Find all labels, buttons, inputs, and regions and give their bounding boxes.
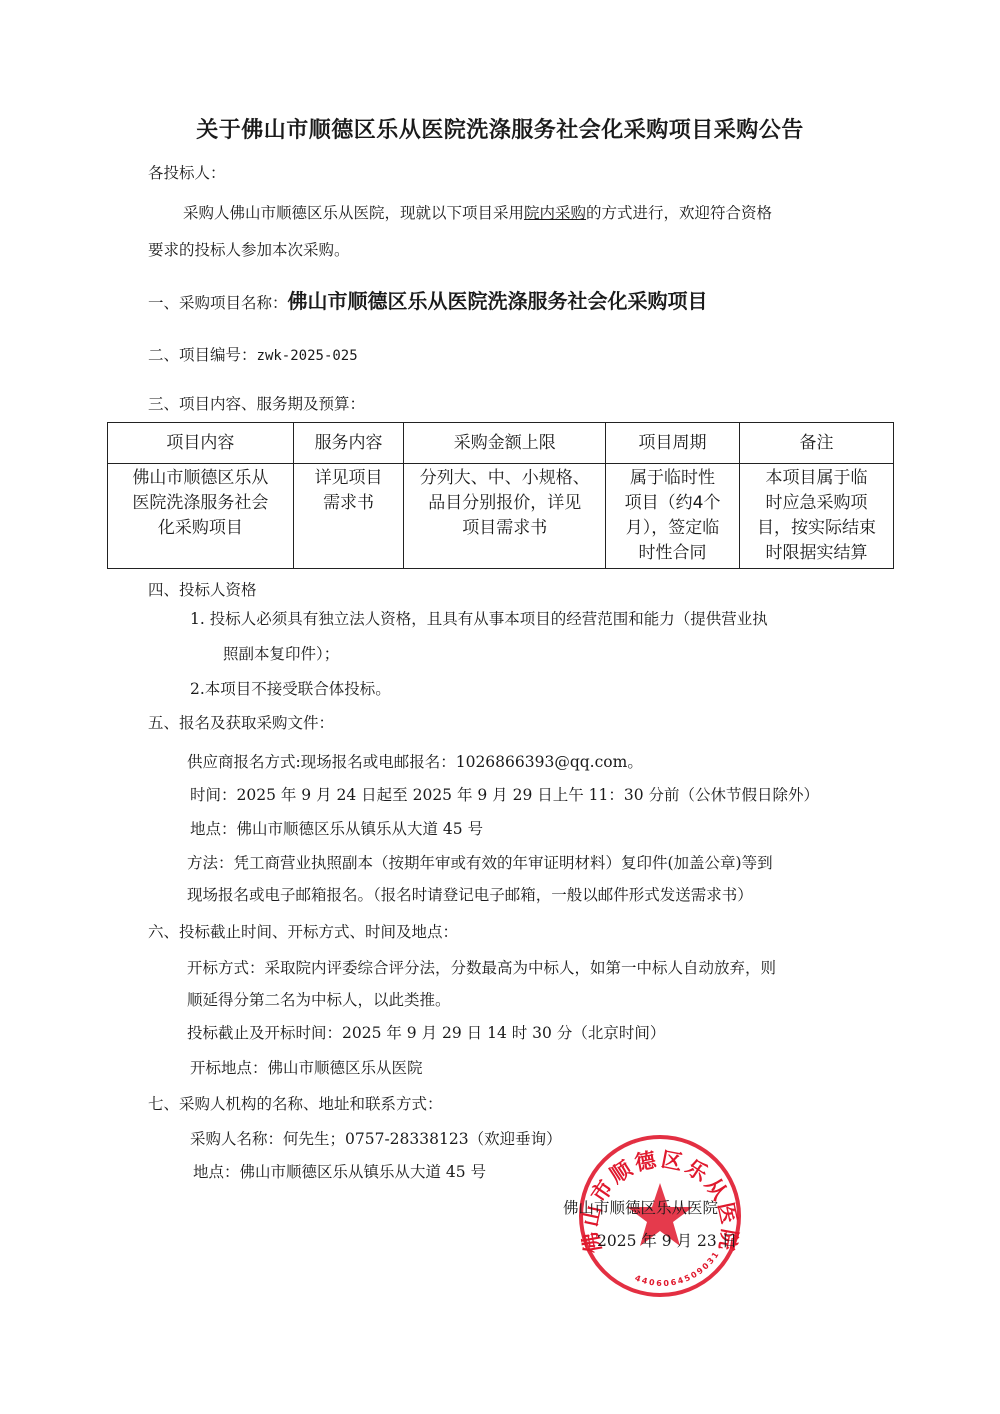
qualification-2: 2.本项目不接受联合体投标。 xyxy=(190,679,391,699)
cell-budget: 分列大、中、小规格、 品目分别报价，详见 项目需求书 xyxy=(404,464,606,569)
section-5-label: 五、报名及获取采购文件： xyxy=(148,713,334,733)
table-header: 备注 xyxy=(739,423,893,464)
section-4-label: 四、投标人资格 xyxy=(148,580,257,600)
cell-service: 详见项目 需求书 xyxy=(293,464,404,569)
cell-line: 时限据实结算 xyxy=(743,541,890,566)
cell-line: 医院洗涤服务社会 xyxy=(111,491,290,516)
bid-deadline: 投标截止及开标时间：2025 年 9 月 29 日 14 时 30 分（北京时间… xyxy=(187,1023,665,1043)
bid-method-line-2: 顺延得分第二名为中标人，以此类推。 xyxy=(187,990,451,1010)
bid-method-line-1: 开标方式：采取院内评委综合评分法，分数最高为中标人，如第一中标人自动放弃，则 xyxy=(187,958,776,978)
qualification-1-line-2: 照副本复印件）； xyxy=(223,644,339,664)
cell-remark: 本项目属于临 时应急采购项 目，按实际结束 时限据实结算 xyxy=(739,464,893,569)
section-2-label: 二、项目编号： xyxy=(148,346,257,364)
cell-line: 属于临时性 xyxy=(609,466,736,491)
cell-line: 化采购项目 xyxy=(111,516,290,541)
table-header: 服务内容 xyxy=(293,423,404,464)
cell-line: 本项目属于临 xyxy=(743,466,890,491)
registration-method: 供应商报名方式:现场报名或电邮报名：1026866393@qq.com。 xyxy=(187,752,643,772)
registration-method-line-1: 方法：凭工商营业执照副本（按期年审或有效的年审证明材料）复印件(加盖公章)等到 xyxy=(187,853,773,873)
table-header: 项目内容 xyxy=(108,423,294,464)
table-header: 采购金额上限 xyxy=(404,423,606,464)
purchaser-contact: 采购人名称：何先生；0757-28338123（欢迎垂询） xyxy=(190,1129,562,1149)
bid-location: 开标地点：佛山市顺德区乐从医院 xyxy=(190,1058,423,1078)
project-number: zwk-2025-025 xyxy=(257,348,358,364)
salutation: 各投标人： xyxy=(148,163,226,183)
section-1: 一、采购项目名称：佛山市顺德区乐从医院洗涤服务社会化采购项目 xyxy=(148,285,708,314)
cell-line: 佛山市顺德区乐从 xyxy=(111,466,290,491)
section-3-label: 三、项目内容、服务期及预算： xyxy=(148,394,365,414)
registration-time: 时间：2025 年 9 月 24 日起至 2025 年 9 月 29 日上午 1… xyxy=(190,785,819,805)
cell-line: 月），签定临 xyxy=(609,516,736,541)
cell-period: 属于临时性 项目（约4个 月），签定临 时性合同 xyxy=(606,464,740,569)
table-header-row: 项目内容 服务内容 采购金额上限 项目周期 备注 xyxy=(108,423,894,464)
intro-line-1: 采购人佛山市顺德区乐从医院，现就以下项目采用院内采购的方式进行，欢迎符合资格 xyxy=(183,203,772,223)
signature-org: 佛山市顺德区乐从医院 xyxy=(563,1196,718,1218)
cell-line: 时性合同 xyxy=(609,541,736,566)
intro-suffix: 的方式进行，欢迎符合资格 xyxy=(586,204,772,222)
table-header: 项目周期 xyxy=(606,423,740,464)
qualification-1-line-1: 1. 投标人必须具有独立法人资格，且具有从事本项目的经营范围和能力（提供营业执 xyxy=(190,609,768,629)
cell-line: 详见项目 xyxy=(297,466,401,491)
cell-content: 佛山市顺德区乐从 医院洗涤服务社会 化采购项目 xyxy=(108,464,294,569)
cell-line: 项目（约4个 xyxy=(609,491,736,516)
signature-date: 2025 年 9 月 23 日 xyxy=(597,1229,737,1251)
registration-method-line-2: 现场报名或电子邮箱报名。（报名时请登记电子邮箱，一般以邮件形式发送需求书） xyxy=(187,885,753,905)
cell-line: 时应急采购项 xyxy=(743,491,890,516)
purchaser-address: 地点：佛山市顺德区乐从镇乐从大道 45 号 xyxy=(193,1162,486,1182)
cell-line: 目，按实际结束 xyxy=(743,516,890,541)
procurement-method: 院内采购 xyxy=(524,204,586,222)
project-name: 佛山市顺德区乐从医院洗涤服务社会化采购项目 xyxy=(288,289,708,313)
cell-line: 品目分别报价，详见 xyxy=(407,491,602,516)
cell-line: 分列大、中、小规格、 xyxy=(407,466,602,491)
table-row: 佛山市顺德区乐从 医院洗涤服务社会 化采购项目 详见项目 需求书 分列大、中、小… xyxy=(108,464,894,569)
section-6-label: 六、投标截止时间、开标方式、时间及地点： xyxy=(148,922,458,942)
cell-line: 需求书 xyxy=(297,491,401,516)
svg-text:4406064509031: 4406064509031 xyxy=(633,1249,721,1288)
seal-code: 4406064509031 xyxy=(633,1249,721,1288)
intro-prefix: 采购人佛山市顺德区乐从医院，现就以下项目采用 xyxy=(183,204,524,222)
section-1-label: 一、采购项目名称： xyxy=(148,294,288,312)
section-2: 二、项目编号：zwk-2025-025 xyxy=(148,345,358,366)
document-title: 关于佛山市顺德区乐从医院洗涤服务社会化采购项目采购公告 xyxy=(0,113,1000,144)
project-table: 项目内容 服务内容 采购金额上限 项目周期 备注 佛山市顺德区乐从 医院洗涤服务… xyxy=(107,422,894,569)
registration-location: 地点：佛山市顺德区乐从镇乐从大道 45 号 xyxy=(190,819,483,839)
cell-line: 项目需求书 xyxy=(407,516,602,541)
section-7-label: 七、采购人机构的名称、地址和联系方式： xyxy=(148,1094,443,1114)
intro-line-2: 要求的投标人参加本次采购。 xyxy=(148,240,350,260)
